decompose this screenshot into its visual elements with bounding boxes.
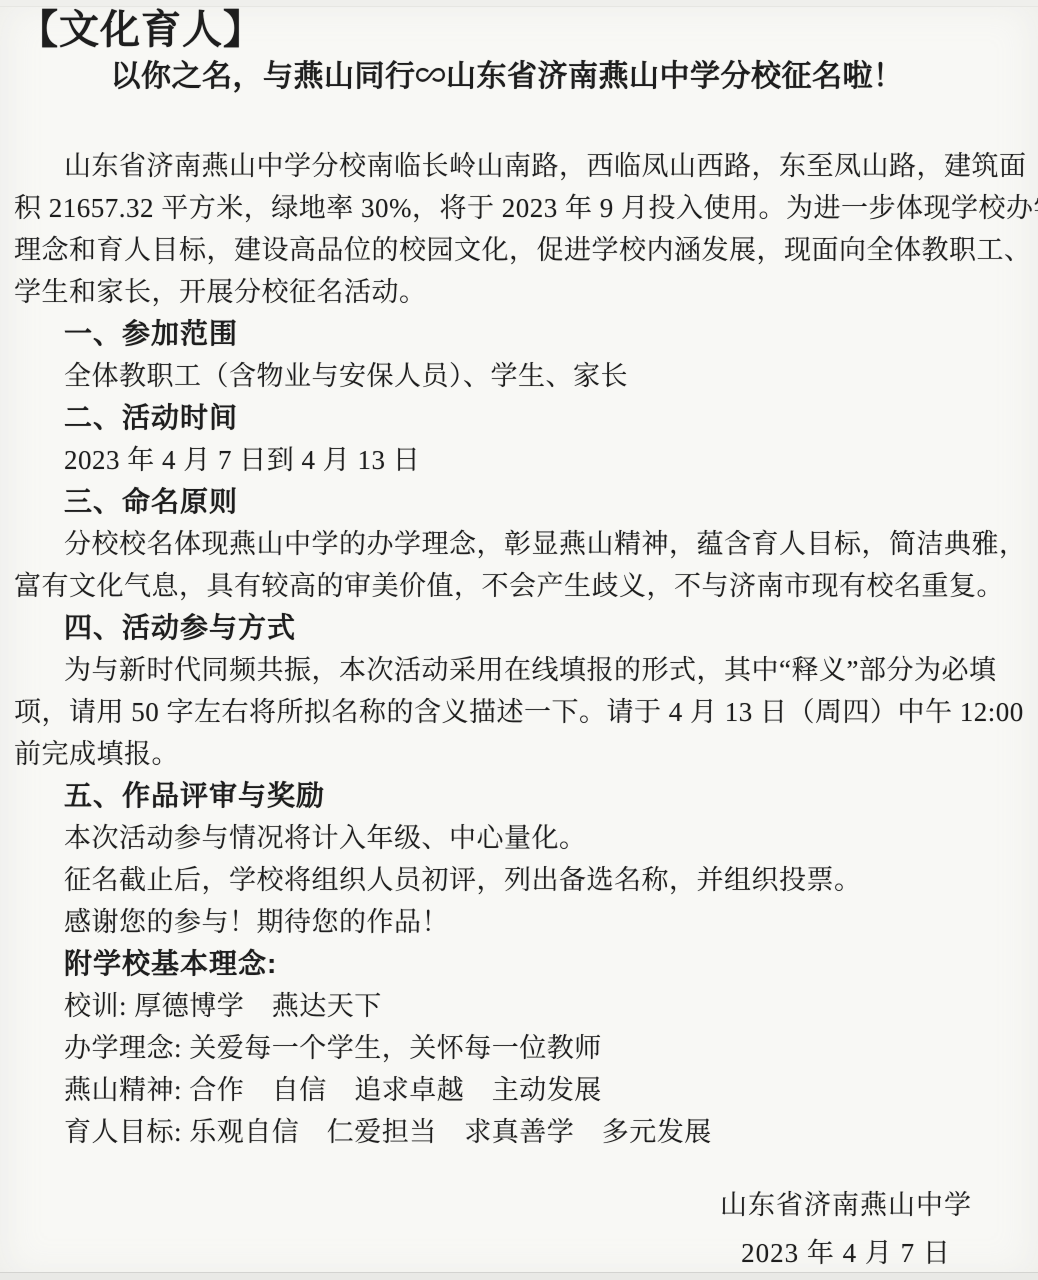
section-heading-naming-principles: 三、命名原则	[14, 481, 1024, 523]
signature-organization: 山东省济南燕山中学	[720, 1184, 972, 1226]
section-body-line: 2023 年 4 月 7 日到 4 月 13 日	[14, 439, 1024, 481]
document-body: 山东省济南燕山中学分校南临长岭山南路，西临凤山西路，东至凤山路，建筑面 积 21…	[0, 145, 1038, 1153]
section-body-line: 分校校名体现燕山中学的办学理念，彰显燕山精神，蕴含育人目标，简洁典雅，	[14, 523, 1024, 565]
section-body-line: 征名截止后，学校将组织人员初评，列出备选名称，并组织投票。	[14, 859, 1024, 901]
appendix-item-goal: 育人目标: 乐观自信 仁爱担当 求真善学 多元发展	[14, 1111, 1024, 1153]
section-heading-review-awards: 五、作品评审与奖励	[14, 775, 1024, 817]
signature-block: 山东省济南燕山中学 2023 年 4 月 7 日	[720, 1184, 972, 1274]
section-body-line: 本次活动参与情况将计入年级、中心量化。	[14, 817, 1024, 859]
signature-date: 2023 年 4 月 7 日	[720, 1232, 972, 1274]
section-heading-activity-time: 二、活动时间	[14, 397, 1024, 439]
scan-edge-bottom	[0, 1272, 1038, 1280]
section-body-line: 前完成填报。	[14, 733, 1024, 775]
section-heading-participation-method: 四、活动参与方式	[14, 607, 1024, 649]
appendix-item-spirit: 燕山精神: 合作 自信 追求卓越 主动发展	[14, 1069, 1024, 1111]
column-tag: 【文化育人】	[18, 8, 1038, 52]
section-body-line: 为与新时代同频共振，本次活动采用在线填报的形式，其中“释义”部分为必填	[14, 649, 1024, 691]
section-body-line: 感谢您的参与！期待您的作品！	[14, 901, 1024, 943]
appendix-heading-school-philosophy: 附学校基本理念:	[14, 943, 1024, 985]
intro-line: 山东省济南燕山中学分校南临长岭山南路，西临凤山西路，东至凤山路，建筑面	[14, 145, 1024, 187]
scan-edge-top	[0, 0, 1038, 7]
section-heading-participation-scope: 一、参加范围	[14, 313, 1024, 355]
intro-line: 积 21657.32 平方米，绿地率 30%，将于 2023 年 9 月投入使用…	[14, 187, 1024, 229]
section-body-line: 富有文化气息，具有较高的审美价值，不会产生歧义，不与济南市现有校名重复。	[14, 565, 1024, 607]
intro-line: 理念和育人目标，建设高品位的校园文化，促进学校内涵发展，现面向全体教职工、	[14, 229, 1024, 271]
appendix-item-motto: 校训: 厚德博学 燕达天下	[14, 985, 1024, 1027]
section-body-line: 项，请用 50 字左右将所拟名称的含义描述一下。请于 4 月 13 日（周四）中…	[14, 691, 1024, 733]
page-title: 以你之名，与燕山同行∽山东省济南燕山中学分校征名啦！	[0, 59, 1026, 95]
intro-line: 学生和家长，开展分校征名活动。	[14, 271, 1024, 313]
appendix-item-philosophy: 办学理念: 关爱每一个学生，关怀每一位教师	[14, 1027, 1024, 1069]
section-body-line: 全体教职工（含物业与安保人员）、学生、家长	[14, 355, 1024, 397]
document-page: 【文化育人】 以你之名，与燕山同行∽山东省济南燕山中学分校征名啦！ 山东省济南燕…	[0, 0, 1038, 1280]
